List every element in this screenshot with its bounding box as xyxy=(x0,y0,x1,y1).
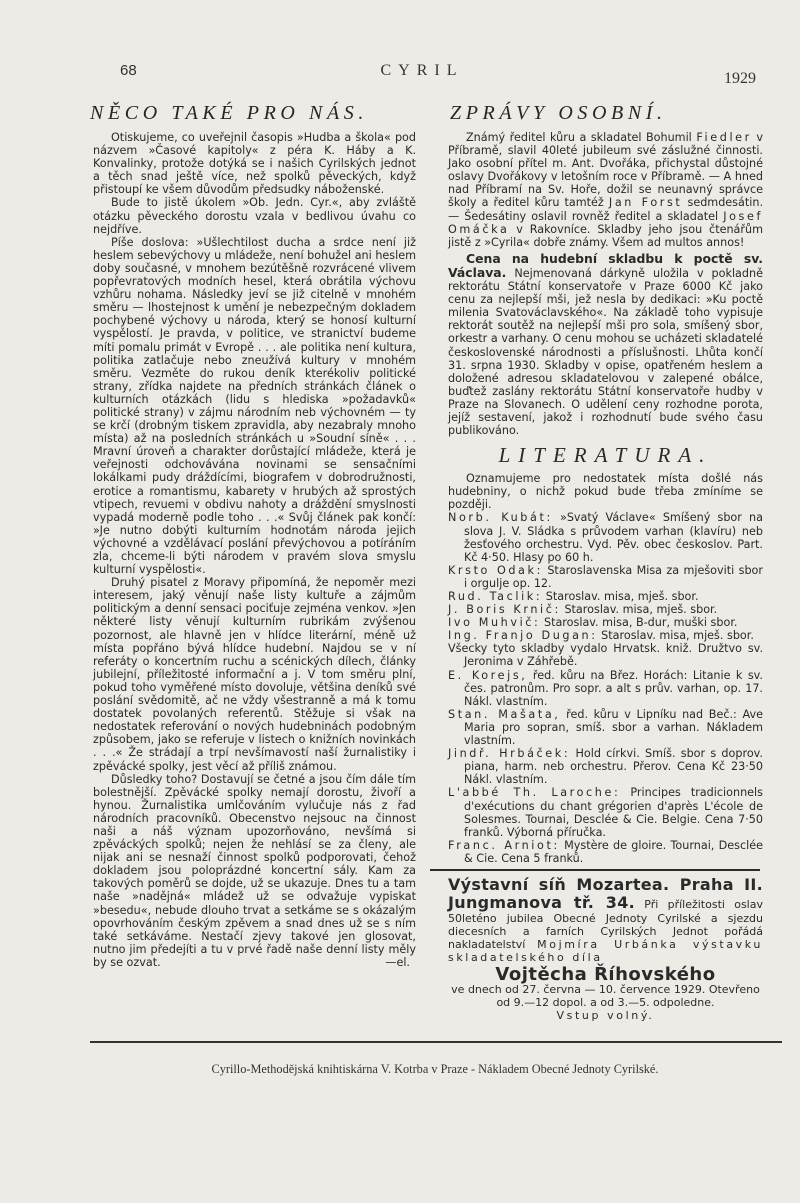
author-signature: —el. xyxy=(367,956,410,969)
printer-imprint: Cyrillo-Methodějská knihtiskárna V. Kotr… xyxy=(0,1062,800,1077)
running-header: 68 CYRIL 1929 xyxy=(88,62,756,86)
paragraph: Otiskujeme, co uveřejnil časopis »Hudba … xyxy=(93,131,416,196)
section-divider xyxy=(430,869,760,871)
right-column: ZPRÁVY OSOBNÍ. Známý ředitel kůru a skla… xyxy=(448,100,763,1022)
literature-entry: Norb. Kubát: »Svatý Václave« Smíšený sbo… xyxy=(448,511,763,563)
person-name: Fiedler xyxy=(696,131,752,144)
person-name: Jan Forst xyxy=(609,196,682,209)
literature-entry: Jindř. Hrbáček: Hold církvi. Smíš. sbor … xyxy=(448,747,763,786)
journal-title: CYRIL xyxy=(88,62,756,80)
literature-entry: L'abbé Th. Laroche: Principes tradicionn… xyxy=(448,786,763,838)
paragraph: Bude to jistě úkolem »Ob. Jedn. Cyr.«, a… xyxy=(93,196,416,235)
left-column: NĚCO TAKÉ PRO NÁS. Otiskujeme, co uveřej… xyxy=(93,100,416,969)
literature-list: Norb. Kubát: »Svatý Václave« Smíšený sbo… xyxy=(448,511,763,865)
paragraph: Druhý pisatel z Moravy připomíná, že nep… xyxy=(93,576,416,772)
literature-intro: Oznamujeme pro nedostatek místa došlé ná… xyxy=(448,472,763,511)
literature-entry: Stan. Mašata, řed. kůru v Lipníku nad Be… xyxy=(448,708,763,747)
issue-year: 1929 xyxy=(724,70,756,88)
article-title: NĚCO TAKÉ PRO NÁS. xyxy=(90,102,416,125)
literature-entry: Ivo Muhvič: Staroslav. misa, B-dur, mušk… xyxy=(448,616,763,629)
literature-entry: E. Korejs, řed. kůru na Břez. Horách: Li… xyxy=(448,669,763,708)
literature-entry: Krsto Odak: Staroslavenska Misa za mješo… xyxy=(448,564,763,590)
exhibition-notice: Výstavní síň Mozartea. Praha II. Jungman… xyxy=(448,876,763,1022)
literature-entry: Všecky tyto skladby vydalo Hrvatsk. kniž… xyxy=(448,642,763,668)
literature-entry: J. Boris Krnič: Staroslav. misa, mješ. s… xyxy=(448,603,763,616)
prize-announcement: Cena na hudební skladbu k poctě sv. Václ… xyxy=(448,252,763,437)
section-title-literature: LITERATURA. xyxy=(448,443,763,468)
admission-note: Vstup volný. xyxy=(448,1009,763,1022)
section-title-personal-news: ZPRÁVY OSOBNÍ. xyxy=(450,102,763,125)
publisher-name: Mojmíra Urbánka xyxy=(537,938,678,951)
paragraph: Důsledky toho? Dostavují se četné a jsou… xyxy=(93,773,416,969)
footer-divider xyxy=(90,1041,782,1043)
composer-name: Vojtěcha Říhovského xyxy=(448,968,763,981)
literature-entry: Rud. Taclik: Staroslav. misa, mješ. sbor… xyxy=(448,590,763,603)
personal-news-paragraph: Známý ředitel kůru a skladatel Bohumil F… xyxy=(448,131,763,249)
magazine-page: 68 CYRIL 1929 NĚCO TAKÉ PRO NÁS. Otiskuj… xyxy=(0,0,800,1203)
exhibition-dates: ve dnech od 27. června — 10. července 19… xyxy=(448,983,763,1009)
literature-entry: Ing. Franjo Dugan: Staroslav. misa, mješ… xyxy=(448,629,763,642)
literature-entry: Franc. Arniot: Mystère de gloire. Tourna… xyxy=(448,839,763,865)
paragraph: Píše doslova: »Ušlechtilost ducha a srdc… xyxy=(93,236,416,576)
